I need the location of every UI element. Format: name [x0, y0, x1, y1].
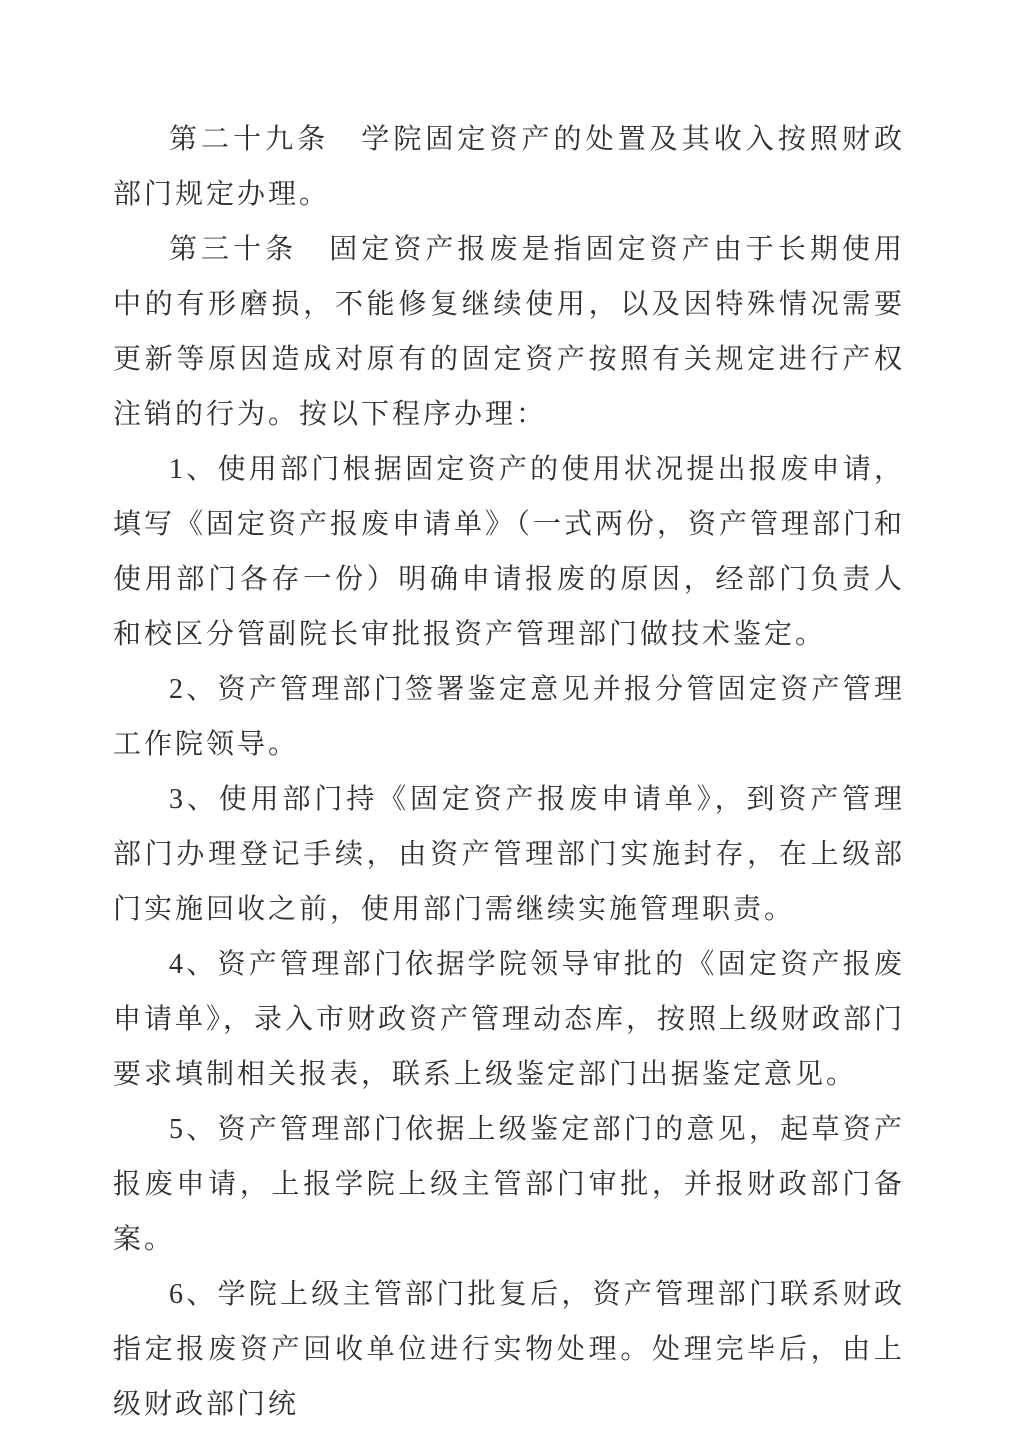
paragraph-procedure-step-3: 3、使用部门持《固定资产报废申请单》，到资产管理部门办理登记手续，由资产管理部门… — [113, 772, 905, 937]
paragraph-procedure-step-1: 1、使用部门根据固定资产的使用状况提出报废申请，填写《固定资产报废申请单》（一式… — [113, 442, 905, 662]
paragraph-article-29: 第二十九条 学院固定资产的处置及其收入按照财政部门规定办理。 — [113, 112, 905, 222]
document-page: 第二十九条 学院固定资产的处置及其收入按照财政部门规定办理。 第三十条 固定资产… — [0, 0, 1024, 1448]
paragraph-procedure-step-4: 4、资产管理部门依据学院领导审批的《固定资产报废申请单》，录入市财政资产管理动态… — [113, 937, 905, 1102]
paragraph-article-30: 第三十条 固定资产报废是指固定资产由于长期使用中的有形磨损，不能修复继续使用，以… — [113, 222, 905, 442]
paragraph-procedure-step-2: 2、资产管理部门签署鉴定意见并报分管固定资产管理工作院领导。 — [113, 662, 905, 772]
paragraph-procedure-step-6: 6、学院上级主管部门批复后，资产管理部门联系财政指定报废资产回收单位进行实物处理… — [113, 1267, 905, 1432]
document-body: 第二十九条 学院固定资产的处置及其收入按照财政部门规定办理。 第三十条 固定资产… — [113, 112, 905, 1432]
paragraph-procedure-step-5: 5、资产管理部门依据上级鉴定部门的意见，起草资产报废申请，上报学院上级主管部门审… — [113, 1102, 905, 1267]
